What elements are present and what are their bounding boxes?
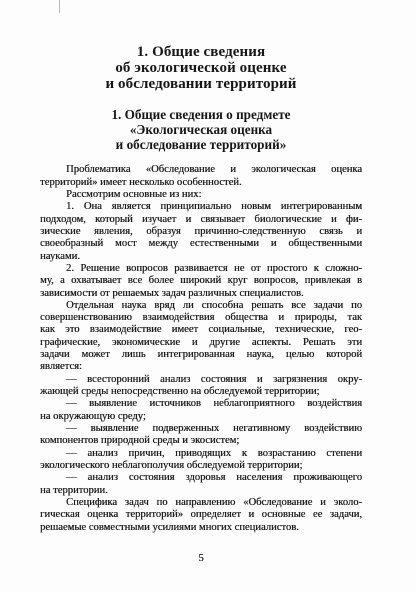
body-line: территорий» имеет несколько особенностей… <box>40 177 362 189</box>
body-line: своеобразный мост между естественными и … <box>40 238 362 250</box>
paragraph: — анализ состояния здоровья населения пр… <box>40 472 362 497</box>
paragraph: Рассмотрим основные из них: <box>40 189 362 201</box>
body-line: совершенствованию взаимодействия обществ… <box>40 312 362 324</box>
book-page: 1. Общие сведения об экологической оценк… <box>40 0 362 564</box>
section-title-line: и обследование территорий» <box>40 137 362 152</box>
body-line: решаемые совместными усилиями многих спе… <box>40 522 362 534</box>
paragraph: — выявление подверженных негативному воз… <box>40 423 362 448</box>
body-line: как это взаимодействие имеет социальные,… <box>40 324 362 336</box>
body-line: Рассмотрим основные из них: <box>40 189 362 201</box>
chapter-title-line: и обследовании территорий <box>40 76 362 92</box>
body-line: на территории. <box>40 485 362 497</box>
chapter-title-line: об экологической оценке <box>40 60 362 76</box>
paragraph: 2. Решение вопросов развивается не от пр… <box>40 263 362 300</box>
body-line: 1. Она является принципиально новым инте… <box>40 201 362 213</box>
paragraph: — всесторонний анализ состояния и загряз… <box>40 374 362 399</box>
body-line: му, а охватывает все более широкий круг … <box>40 275 362 287</box>
page-number: 5 <box>40 553 362 564</box>
body-line: на окружающую среду; <box>40 411 362 423</box>
body-line: задачи может лишь интегрированная наука,… <box>40 349 362 361</box>
body-line: науками. <box>40 251 362 263</box>
body-line: жающей среды непосредственно на обследуе… <box>40 386 362 398</box>
paragraph: — анализ причин, приводящих к возрастани… <box>40 448 362 473</box>
body-line: зависимости от решаемых задач различных … <box>40 288 362 300</box>
section-title-line: «Экологическая оценка <box>40 122 362 137</box>
body-line: компонентов природной среды и экосистем; <box>40 435 362 447</box>
body-line: — анализ причин, приводящих к возрастани… <box>40 448 362 460</box>
body-line: Специфика задач по направлению «Обследов… <box>40 497 362 509</box>
body-line: графические, экономические и другие аспе… <box>40 337 362 349</box>
body-line: 2. Решение вопросов развивается не от пр… <box>40 263 362 275</box>
paragraph: Отдельная наука вряд ли способна решать … <box>40 300 362 374</box>
chapter-title: 1. Общие сведения об экологической оценк… <box>40 44 362 93</box>
body-line: подходом, который изучает и связывает би… <box>40 214 362 226</box>
chapter-title-line: 1. Общие сведения <box>40 44 362 60</box>
body-line: — выявление источников неблагоприятного … <box>40 398 362 410</box>
body-line: — выявление подверженных негативному воз… <box>40 423 362 435</box>
body-text: Проблематика «Обследование и экологическ… <box>40 164 362 534</box>
body-line: является: <box>40 361 362 373</box>
body-line: зические явления, образуя причинно-следс… <box>40 226 362 238</box>
paragraph: — выявление источников неблагоприятного … <box>40 398 362 423</box>
body-line: Отдельная наука вряд ли способна решать … <box>40 300 362 312</box>
body-line: экологического неблагополучия обследуемо… <box>40 460 362 472</box>
body-line: — всесторонний анализ состояния и загряз… <box>40 374 362 386</box>
body-line: Проблематика «Обследование и экологическ… <box>40 164 362 176</box>
body-line: гическая оценка территорий» определяет и… <box>40 509 362 521</box>
paragraph: 1. Она является принципиально новым инте… <box>40 201 362 263</box>
paragraph: Проблематика «Обследование и экологическ… <box>40 164 362 189</box>
paragraph: Специфика задач по направлению «Обследов… <box>40 497 362 534</box>
section-title-line: 1. Общие сведения о предмете <box>40 107 362 122</box>
body-line: — анализ состояния здоровья населения пр… <box>40 472 362 484</box>
section-title: 1. Общие сведения о предмете «Экологичес… <box>40 107 362 153</box>
